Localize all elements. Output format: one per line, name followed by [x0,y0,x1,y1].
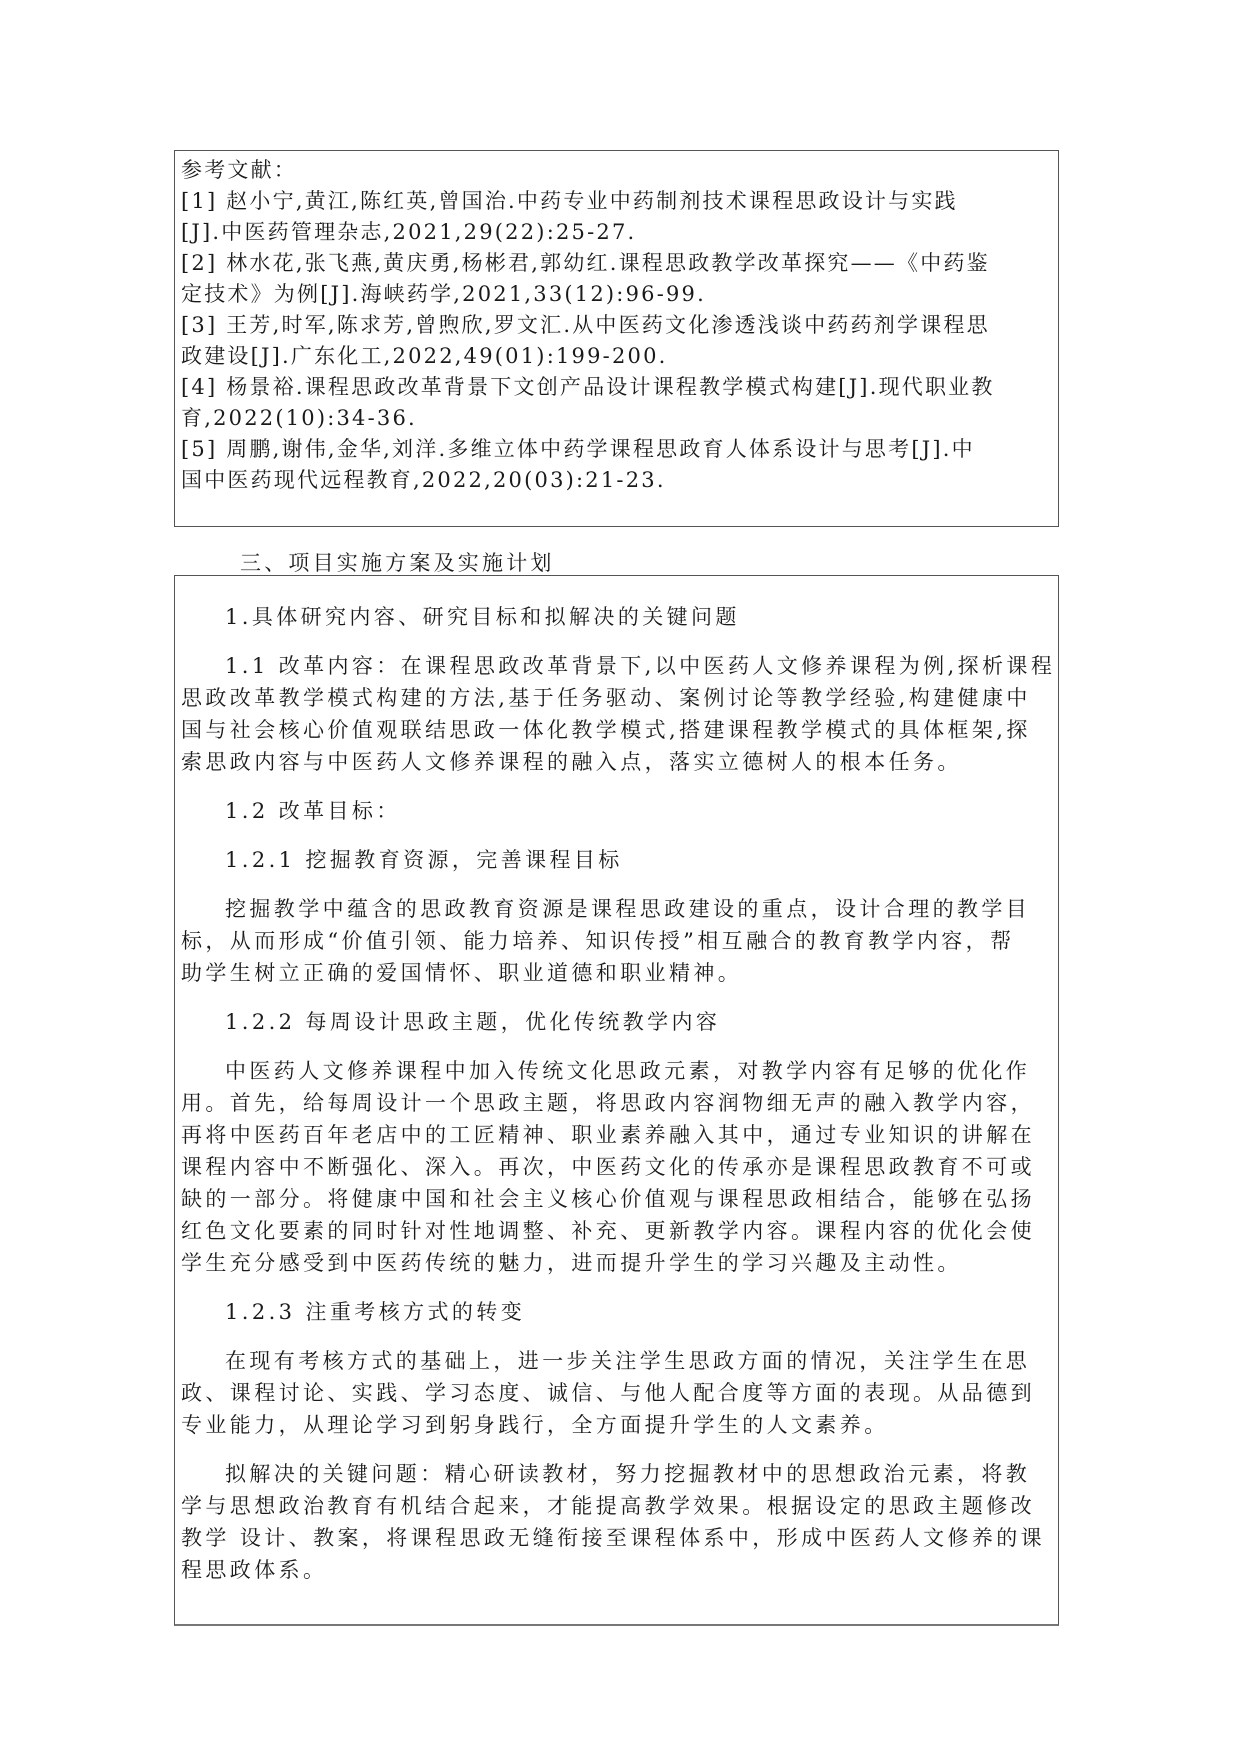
paragraph-line: 标，从而形成“价值引领、能力培养、知识传授”相互融合的教育教学内容，帮 [181,926,1014,956]
paragraph-line: 学与思想政治教育有机结合起来，才能提高教学效果。根据设定的思政主题修改 [181,1491,1035,1521]
paragraph-start-line: 1.2 改革目标： [225,796,401,826]
paragraph-line: 课程内容中不断强化、深入。再次，中医药文化的传承亦是课程思政教育不可或 [181,1152,1035,1182]
reference-line: [5] 周鹏,谢伟,金华,刘洋.多维立体中药学课程思政育人体系设计与思考[J].… [181,434,1052,465]
paragraph-start-line: 1.具体研究内容、研究目标和拟解决的关键问题 [225,602,740,632]
paragraph-start-line: 中医药人文修养课程中加入传统文化思政元素，对教学内容有足够的优化作 [225,1056,1030,1086]
paragraph-line: 教学 设计、教案，将课程思政无缝衔接至课程体系中，形成中医药人文修养的课 [181,1523,1045,1553]
paragraph-start-line: 拟解决的关键问题：精心研读教材，努力挖掘教材中的思想政治元素，将教 [225,1459,1030,1489]
paragraph-start-line: 1.2.3 注重考核方式的转变 [225,1297,525,1327]
paragraph-line: 程思政体系。 [181,1555,327,1585]
paragraph-line: 思政改革教学模式构建的方法,基于任务驱动、案例讨论等教学经验,构建健康中 [181,683,1031,713]
paragraph-line: 红色文化要素的同时针对性地调整、补充、更新教学内容。课程内容的优化会使 [181,1216,1035,1246]
paragraph-start-line: 挖掘教学中蕴含的思政教育资源是课程思政建设的重点，设计合理的教学目 [225,894,1030,924]
implementation-plan-box: 1.具体研究内容、研究目标和拟解决的关键问题1.1 改革内容：在课程思政改革背景… [174,575,1059,1626]
paragraph-line: 缺的一部分。将健康中国和社会主义核心价值观与课程思政相结合，能够在弘扬 [181,1184,1035,1214]
references-box: 参考文献： [1] 赵小宁,黄江,陈红英,曾国治.中药专业中药制剂技术课程思政设… [174,150,1059,527]
references-heading: 参考文献： [181,155,1052,186]
paragraph-line: 国与社会核心价值观联结思政一体化教学模式,搭建课程教学模式的具体框架,探 [181,715,1031,745]
paragraph-start-line: 在现有考核方式的基础上，进一步关注学生思政方面的情况，关注学生在思 [225,1346,1030,1376]
paragraph-line: 助学生树立正确的爱国情怀、职业道德和职业精神。 [181,958,742,988]
reference-line: [3] 王芳,时军,陈求芳,曾煦欣,罗文汇.从中医药文化渗透浅谈中药药剂学课程思 [181,310,1052,341]
paragraph-line: 用。首先，给每周设计一个思政主题，将思政内容润物细无声的融入教学内容， [181,1088,1035,1118]
reference-line: 国中医药现代远程教育,2022,20(03):21-23. [181,465,1052,496]
paragraph-line: 专业能力，从理论学习到躬身践行，全方面提升学生的人文素养。 [181,1410,889,1440]
reference-line: 育,2022(10):34-36. [181,403,1052,434]
paragraph-line: 索思政内容与中医药人文修养课程的融入点，落实立德树人的根本任务。 [181,747,962,777]
paragraph-line: 学生充分感受到中医药传统的魅力，进而提升学生的学习兴趣及主动性。 [181,1248,962,1278]
document-page: 参考文献： [1] 赵小宁,黄江,陈红英,曾国治.中药专业中药制剂技术课程思政设… [0,0,1240,1753]
section-title: 三、项目实施方案及实施计划 [240,548,555,578]
reference-line: [1] 赵小宁,黄江,陈红英,曾国治.中药专业中药制剂技术课程思政设计与实践 [181,186,1052,217]
paragraph-line: 再将中医药百年老店中的工匠精神、职业素养融入其中，通过专业知识的讲解在 [181,1120,1035,1150]
paragraph-start-line: 1.2.2 每周设计思政主题，优化传统教学内容 [225,1007,720,1037]
reference-line: [J].中医药管理杂志,2021,29(22):25-27. [181,217,1052,248]
reference-line: [4] 杨景裕.课程思政改革背景下文创产品设计课程教学模式构建[J].现代职业教 [181,372,1052,403]
paragraph-start-line: 1.2.1 挖掘教育资源，完善课程目标 [225,845,623,875]
reference-line: 政建设[J].广东化工,2022,49(01):199-200. [181,341,1052,372]
reference-line: [2] 林水花,张飞燕,黄庆勇,杨彬君,郭幼红.课程思政教学改革探究——《中药鉴 [181,248,1052,279]
reference-line: 定技术》为例[J].海峡药学,2021,33(12):96-99. [181,279,1052,310]
paragraph-start-line: 1.1 改革内容：在课程思政改革背景下,以中医药人文修养课程为例,探析课程 [225,651,1055,681]
paragraph-line: 政、课程讨论、实践、学习态度、诚信、与他人配合度等方面的表现。从品德到 [181,1378,1035,1408]
